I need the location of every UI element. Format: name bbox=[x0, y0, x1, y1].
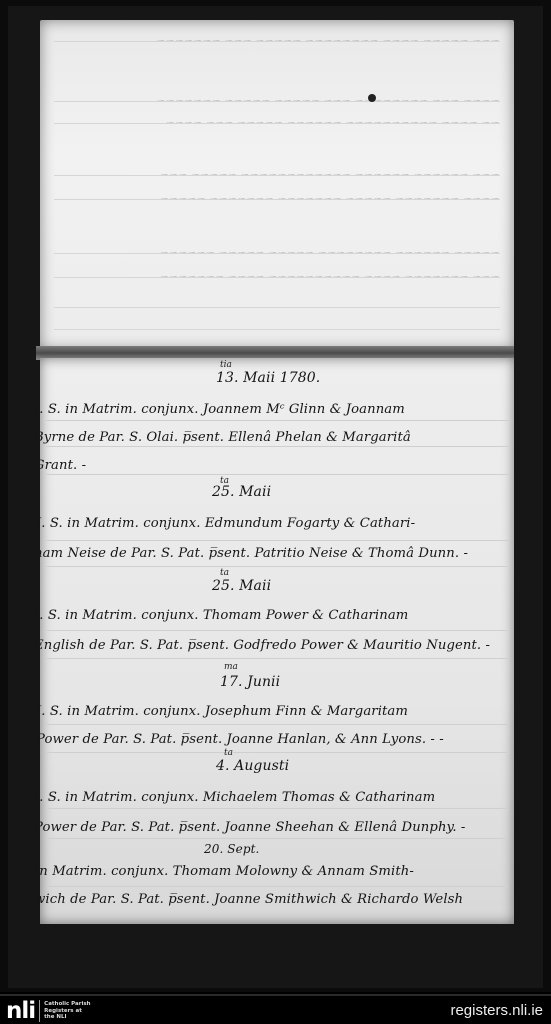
register-page: tia 13. Maii 1780. I. S. in Matrim. conj… bbox=[40, 358, 514, 924]
entry-line: I. S. in Matrim. conjunx. Thomam Power &… bbox=[34, 608, 408, 623]
ghost-text-line: ~~~~ ~~~~~~~ ~~~~~ ~~~~~~~ ~~~~~~~ ~~~~~ bbox=[54, 192, 500, 200]
ghost-text-line: ~~ ~~~~ ~~~~~~~~~~ ~~~~~~ ~~~~~ ~~~ ~~~~ bbox=[54, 116, 500, 124]
logo-text-line: the NLI bbox=[44, 1014, 66, 1020]
date-superscript: ta bbox=[220, 568, 229, 578]
ghost-text-line: ~~~~ ~~~ ~~~~~~~~ ~~~ ~~~~~ ~~~~~ ~~~~~~… bbox=[54, 94, 500, 102]
entry-date: 20. Sept. bbox=[204, 842, 259, 856]
entry-line: I. S. in Matrim. conjunx. Joannem Mᶜ Gli… bbox=[34, 402, 405, 417]
entry-date: 17. Junii bbox=[220, 674, 280, 690]
ghost-text-line: ~~~~~ ~~~~~~ ~~~~~~~~ ~~~~~ ~~~~~ ~~~~~~ bbox=[54, 246, 500, 254]
entry-date: 13. Maii 1780. bbox=[216, 370, 320, 386]
ruled-line bbox=[46, 630, 508, 631]
entry-line: English de Par. S. Pat. p̅sent. Godfredo… bbox=[34, 638, 490, 653]
entry-line: I. S. in Matrim. conjunx. Josephum Finn … bbox=[36, 704, 408, 719]
entry-line: Grant. - bbox=[34, 458, 86, 473]
entry-date: 25. Maii bbox=[212, 578, 271, 594]
site-link[interactable]: registers.nli.ie bbox=[450, 1002, 543, 1019]
viewer-footer: nli Catholic Parish Registers at the NLI… bbox=[0, 994, 551, 1024]
logo-text-line: Registers at bbox=[44, 1008, 82, 1014]
ruled-line bbox=[46, 420, 508, 421]
ghost-text-line: ~~~ ~~~~~~ ~~~~~~ ~~~~~~~~~~~~ ~~~~~ ~~~ bbox=[54, 168, 500, 176]
ghost-text-line bbox=[54, 322, 500, 330]
ghost-text-line: ~~~ ~~~~~~~ ~~~~ ~~~~~~~~~~ ~~~~ ~~~~~~~ bbox=[54, 270, 500, 278]
entry-line: Byrne de Par. S. Olai. p̅sent. Ellenâ Ph… bbox=[34, 430, 411, 445]
ruled-line bbox=[46, 658, 508, 659]
ruled-line bbox=[46, 446, 508, 447]
entry-date: 4. Augusti bbox=[216, 758, 289, 774]
entry-line: wich de Par. S. Pat. p̅sent. Joanne Smit… bbox=[34, 892, 463, 907]
ruled-line bbox=[46, 540, 508, 541]
ruled-line bbox=[46, 474, 508, 475]
date-superscript: ma bbox=[224, 662, 238, 672]
ruled-line bbox=[46, 808, 508, 809]
ghost-text-line: ~~~ ~~~~~ ~~~~ ~~~~~~~~ ~~~~~ ~~~ ~~~~~~… bbox=[54, 34, 500, 42]
nli-logo[interactable]: nli Catholic Parish Registers at the NLI bbox=[6, 998, 91, 1024]
ruled-line bbox=[46, 752, 508, 753]
entry-line: In Matrim. conjunx. Thomam Molowny & Ann… bbox=[34, 864, 414, 879]
ink-blot bbox=[368, 94, 376, 102]
nli-logo-mark: nli bbox=[6, 998, 35, 1024]
entry-line: Power de Par. S. Pat. p̅sent. Joanne Han… bbox=[36, 732, 444, 747]
image-viewer: ~~~ ~~~~~ ~~~~ ~~~~~~~~ ~~~~~ ~~~ ~~~~~~… bbox=[0, 0, 551, 992]
ruled-line bbox=[46, 886, 508, 887]
entry-line: nam Neise de Par. S. Pat. p̅sent. Patrit… bbox=[34, 546, 468, 561]
entry-line: I. S. in Matrim. conjunx. Michaelem Thom… bbox=[34, 790, 435, 805]
previous-page-bleedthrough: ~~~ ~~~~~ ~~~~ ~~~~~~~~ ~~~~~ ~~~ ~~~~~~… bbox=[40, 20, 514, 350]
ruled-line bbox=[46, 566, 508, 567]
entry-line: I. S. in Matrim. conjunx. Edmundum Fogar… bbox=[36, 516, 415, 531]
ruled-line bbox=[46, 838, 508, 839]
ruled-line bbox=[46, 724, 508, 725]
ghost-text-line bbox=[54, 300, 500, 308]
logo-text: Catholic Parish Registers at the NLI bbox=[44, 1001, 90, 1021]
entry-date: 25. Maii bbox=[212, 484, 271, 500]
date-superscript: ta bbox=[224, 748, 233, 758]
logo-text-line: Catholic Parish bbox=[44, 1001, 90, 1007]
logo-divider bbox=[39, 1000, 40, 1022]
date-superscript: tia bbox=[220, 360, 232, 370]
entry-line: Power de Par. S. Pat. p̅sent. Joanne She… bbox=[34, 820, 465, 835]
